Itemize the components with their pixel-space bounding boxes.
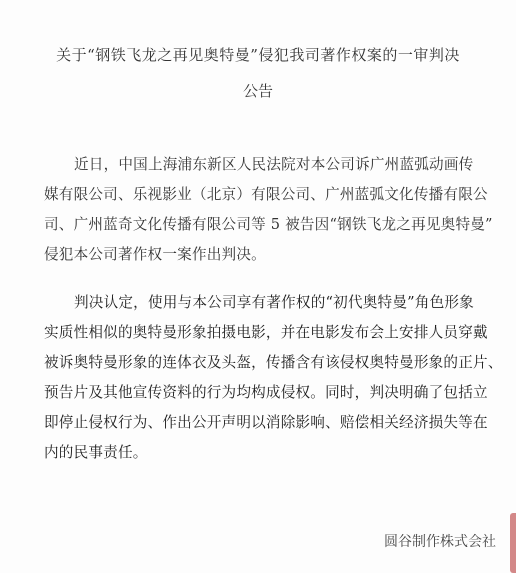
paragraph-line: 司、广州蓝奇文化传播有限公司等 5 被告因“钢铁飞龙之再见奥特曼” <box>44 210 508 240</box>
company-signature: 圆谷制作株式会社 <box>384 531 496 551</box>
paragraph-line: 媒有限公司、乐视影业（北京）有限公司、广州蓝弧文化传播有限公 <box>44 180 508 210</box>
paragraph-2: 判决认定，使用与本公司享有著作权的“初代奥特曼”角色形象 实质性相似的奥特曼形象… <box>44 288 508 468</box>
document-title: 关于“钢铁飞龙之再见奥特曼”侵犯我司著作权案的一审判决 <box>0 44 516 65</box>
paragraph-line: 被诉奥特曼形象的连体衣及头盔，传播含有该侵权奥特曼形象的正片、 <box>44 348 508 378</box>
paragraph-line: 判决认定，使用与本公司享有著作权的“初代奥特曼”角色形象 <box>44 288 508 318</box>
paragraph-line: 内的民事责任。 <box>44 438 508 468</box>
paragraph-line: 近日，中国上海浦东新区人民法院对本公司诉广州蓝弧动画传 <box>44 150 508 180</box>
paragraph-line: 预告片及其他宣传资料的行为均构成侵权。同时，判决明确了包括立 <box>44 378 508 408</box>
company-seal-icon <box>510 513 516 573</box>
document-subtitle: 公告 <box>0 80 516 101</box>
paragraph-line: 实质性相似的奥特曼形象拍摄电影，并在电影发布会上安排人员穿戴 <box>44 318 508 348</box>
paragraph-line: 侵犯本公司著作权一案作出判决。 <box>44 240 508 270</box>
paragraph-line: 即停止侵权行为、作出公开声明以消除影响、赔偿相关经济损失等在 <box>44 408 508 438</box>
paragraph-1: 近日，中国上海浦东新区人民法院对本公司诉广州蓝弧动画传 媒有限公司、乐视影业（北… <box>44 150 508 270</box>
